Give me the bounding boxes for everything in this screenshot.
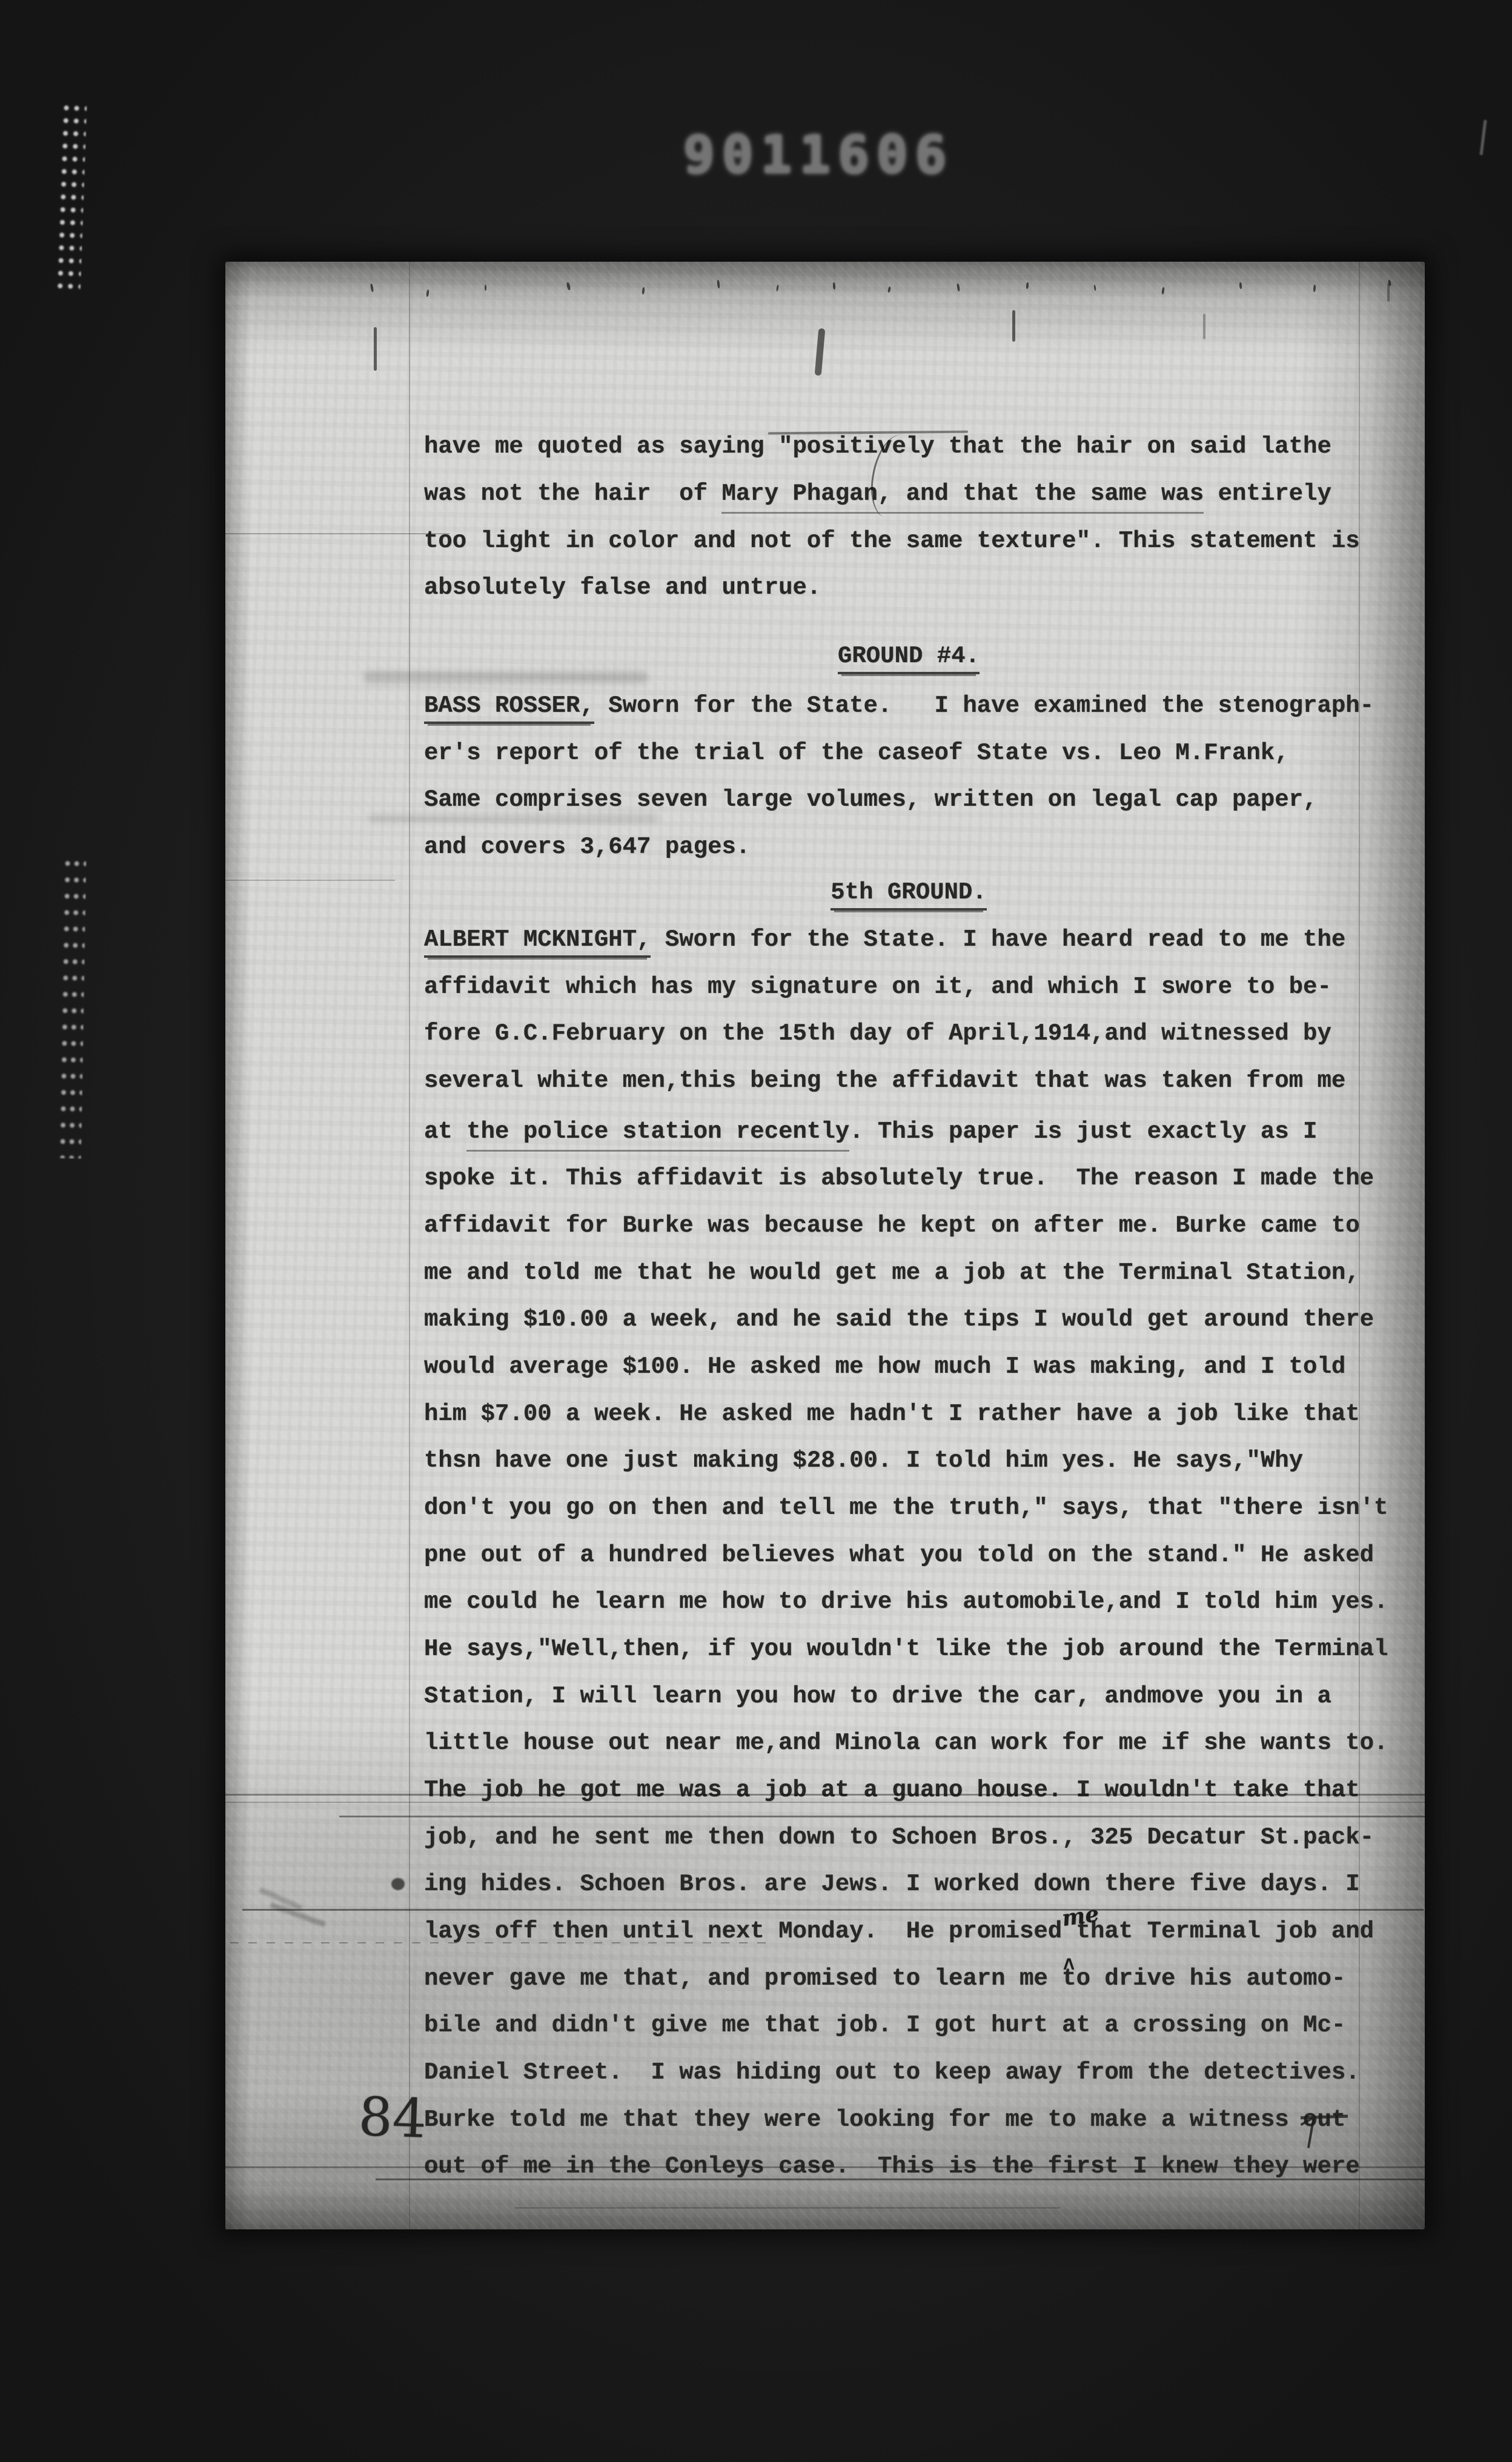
typed-line: Daniel Street. I was hiding out to keep …	[424, 2059, 1393, 2086]
crease-line	[213, 1802, 1425, 1803]
typed-line: making $10.00 a week, and he said the ti…	[424, 1306, 1393, 1333]
ink-smudge	[368, 814, 659, 823]
typed-line: would average $100. He asked me how much…	[424, 1353, 1393, 1381]
pen-stroke	[1203, 314, 1205, 339]
typed-line: Station, I will learn you how to drive t…	[424, 1682, 1393, 1710]
typed-line: The job he got me was a job at a guano h…	[424, 1776, 1393, 1804]
crease-line	[213, 880, 395, 881]
typed-line: spoke it. This affidavit is absolutely t…	[424, 1164, 1393, 1192]
crease-line	[376, 2178, 1427, 2180]
crease-line	[213, 2166, 1425, 2168]
pen-stroke	[1387, 284, 1390, 302]
typed-line: fore G.C.February on the 15th day of Apr…	[424, 1020, 1393, 1047]
typed-line: don't you go on then and tell me the tru…	[424, 1494, 1393, 1522]
handwritten-page-number: 84	[357, 2085, 428, 2150]
typed-line: at the police station recently. This pap…	[424, 1118, 1393, 1146]
crease-line	[242, 1909, 1424, 1911]
typed-line: and covers 3,647 pages.	[424, 833, 1393, 861]
ink-blot	[391, 1878, 405, 1890]
typed-line: too light in color and not of the same t…	[424, 527, 1393, 555]
typed-line: affidavit for Burke was because he kept …	[424, 1212, 1393, 1239]
typed-line: lays off then until next Monday. He prom…	[424, 1917, 1393, 1945]
pen-stroke	[1012, 310, 1015, 342]
section-heading: GROUND #4.	[424, 642, 1393, 670]
crease-line	[213, 533, 449, 534]
typed-line: Same comprises seven large volumes, writ…	[424, 786, 1393, 814]
typed-line: never gave me that, and promised to lear…	[424, 1965, 1393, 1992]
inserted-word: me	[1060, 1900, 1101, 1933]
typed-line: job, and he sent me then down to Schoen …	[424, 1823, 1393, 1851]
typed-line: ALBERT MCKNIGHT, Sworn for the State. I …	[424, 926, 1393, 954]
microfilm-scan: 9011606 have me quoted as saying "positi…	[0, 0, 1512, 2462]
crease-line	[339, 1816, 1425, 1817]
typed-line: pne out of a hundred believes what you t…	[424, 1541, 1393, 1569]
typed-line: ing hides. Schoen Bros. are Jews. I work…	[424, 1870, 1393, 1898]
crease-line	[515, 2207, 1060, 2209]
typed-line: bile and didn't give me that job. I got …	[424, 2011, 1393, 2039]
ink-speck	[485, 285, 486, 291]
typed-line: me and told me that he would get me a jo…	[424, 1259, 1393, 1287]
section-heading: 5th GROUND.	[424, 878, 1393, 906]
typed-text-layer: have me quoted as saying "positively tha…	[0, 0, 1512, 2462]
typed-line: thsn have one just making $28.00. I told…	[424, 1447, 1393, 1475]
typed-line: me could he learn me how to drive his au…	[424, 1588, 1393, 1616]
crease-line-dotted	[230, 1942, 775, 1943]
typed-line: He says,"Well,then, if you wouldn't like…	[424, 1635, 1393, 1663]
typed-line: absolutely false and untrue.	[424, 574, 1393, 602]
typed-line: several white men,this being the affidav…	[424, 1067, 1393, 1095]
typed-line: him $7.00 a week. He asked me hadn't I r…	[424, 1400, 1393, 1428]
crease-line	[213, 1794, 1425, 1796]
typed-line: little house out near me,and Minola can …	[424, 1729, 1393, 1757]
pen-stroke	[374, 327, 377, 371]
typed-line: Burke told me that they were looking for…	[424, 2106, 1393, 2134]
typed-line: affidavit which has my signature on it, …	[424, 973, 1393, 1001]
ink-smudge	[363, 671, 648, 683]
typed-line: er's report of the trial of the caseof S…	[424, 739, 1393, 767]
typed-line: BASS ROSSER, Sworn for the State. I have…	[424, 692, 1393, 720]
